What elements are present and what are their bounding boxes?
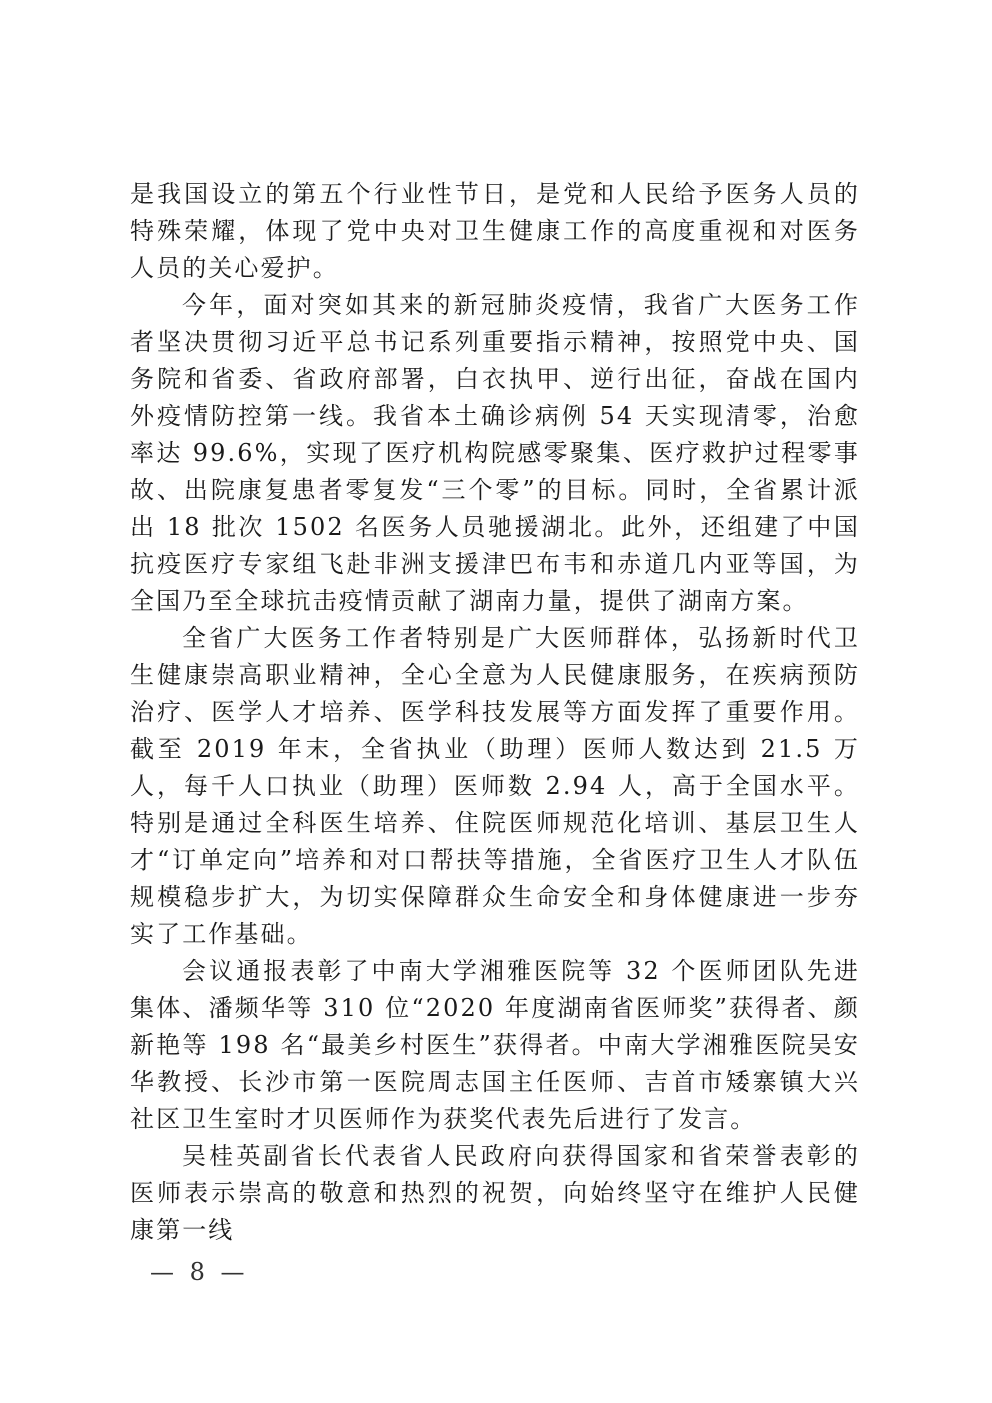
paragraph-3: 全省广大医务工作者特别是广大医师群体，弘扬新时代卫生健康崇高职业精神，全心全意为… bbox=[130, 620, 860, 953]
paragraph-4: 会议通报表彰了中南大学湘雅医院等 32 个医师团队先进集体、潘频华等 310 位… bbox=[130, 953, 860, 1138]
document-page: 是我国设立的第五个行业性节日，是党和人民给予医务人员的特殊荣耀，体现了党中央对卫… bbox=[0, 0, 992, 1403]
page-number: — 8 — bbox=[150, 1258, 249, 1286]
document-body: 是我国设立的第五个行业性节日，是党和人民给予医务人员的特殊荣耀，体现了党中央对卫… bbox=[130, 176, 860, 1249]
paragraph-1: 是我国设立的第五个行业性节日，是党和人民给予医务人员的特殊荣耀，体现了党中央对卫… bbox=[130, 176, 860, 287]
paragraph-5: 吴桂英副省长代表省人民政府向获得国家和省荣誉表彰的医师表示崇高的敬意和热烈的祝贺… bbox=[130, 1138, 860, 1249]
paragraph-2: 今年，面对突如其来的新冠肺炎疫情，我省广大医务工作者坚决贯彻习近平总书记系列重要… bbox=[130, 287, 860, 620]
